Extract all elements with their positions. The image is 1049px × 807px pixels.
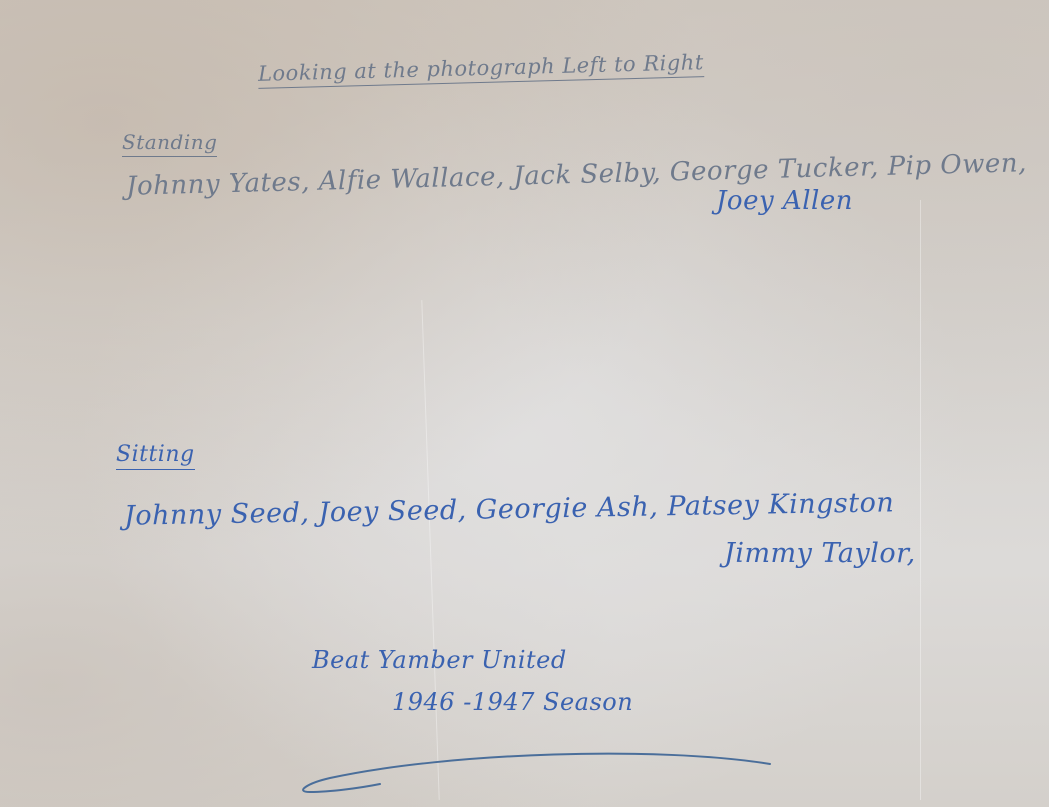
standing-heading: Standing [122, 130, 217, 157]
sitting-heading: Sitting [116, 442, 195, 470]
footer-season: 1946 -1947 Season [392, 688, 633, 716]
paper-crease [421, 300, 439, 800]
standing-names-line2: Joey Allen [716, 186, 853, 216]
signature-flourish-line [300, 748, 780, 798]
sitting-names-line1: Johnny Seed, Joey Seed, Georgie Ash, Pat… [124, 487, 895, 531]
sitting-names-line2: Jimmy Taylor, [724, 538, 916, 569]
standing-names-line1: Johnny Yates, Alfie Wallace, Jack Selby,… [126, 148, 1027, 202]
footer-team: Beat Yamber United [312, 646, 567, 674]
paper-crease [920, 200, 921, 800]
photograph-back: Looking at the photograph Left to Right … [0, 0, 1049, 807]
header-note: Looking at the photograph Left to Right [258, 50, 704, 89]
